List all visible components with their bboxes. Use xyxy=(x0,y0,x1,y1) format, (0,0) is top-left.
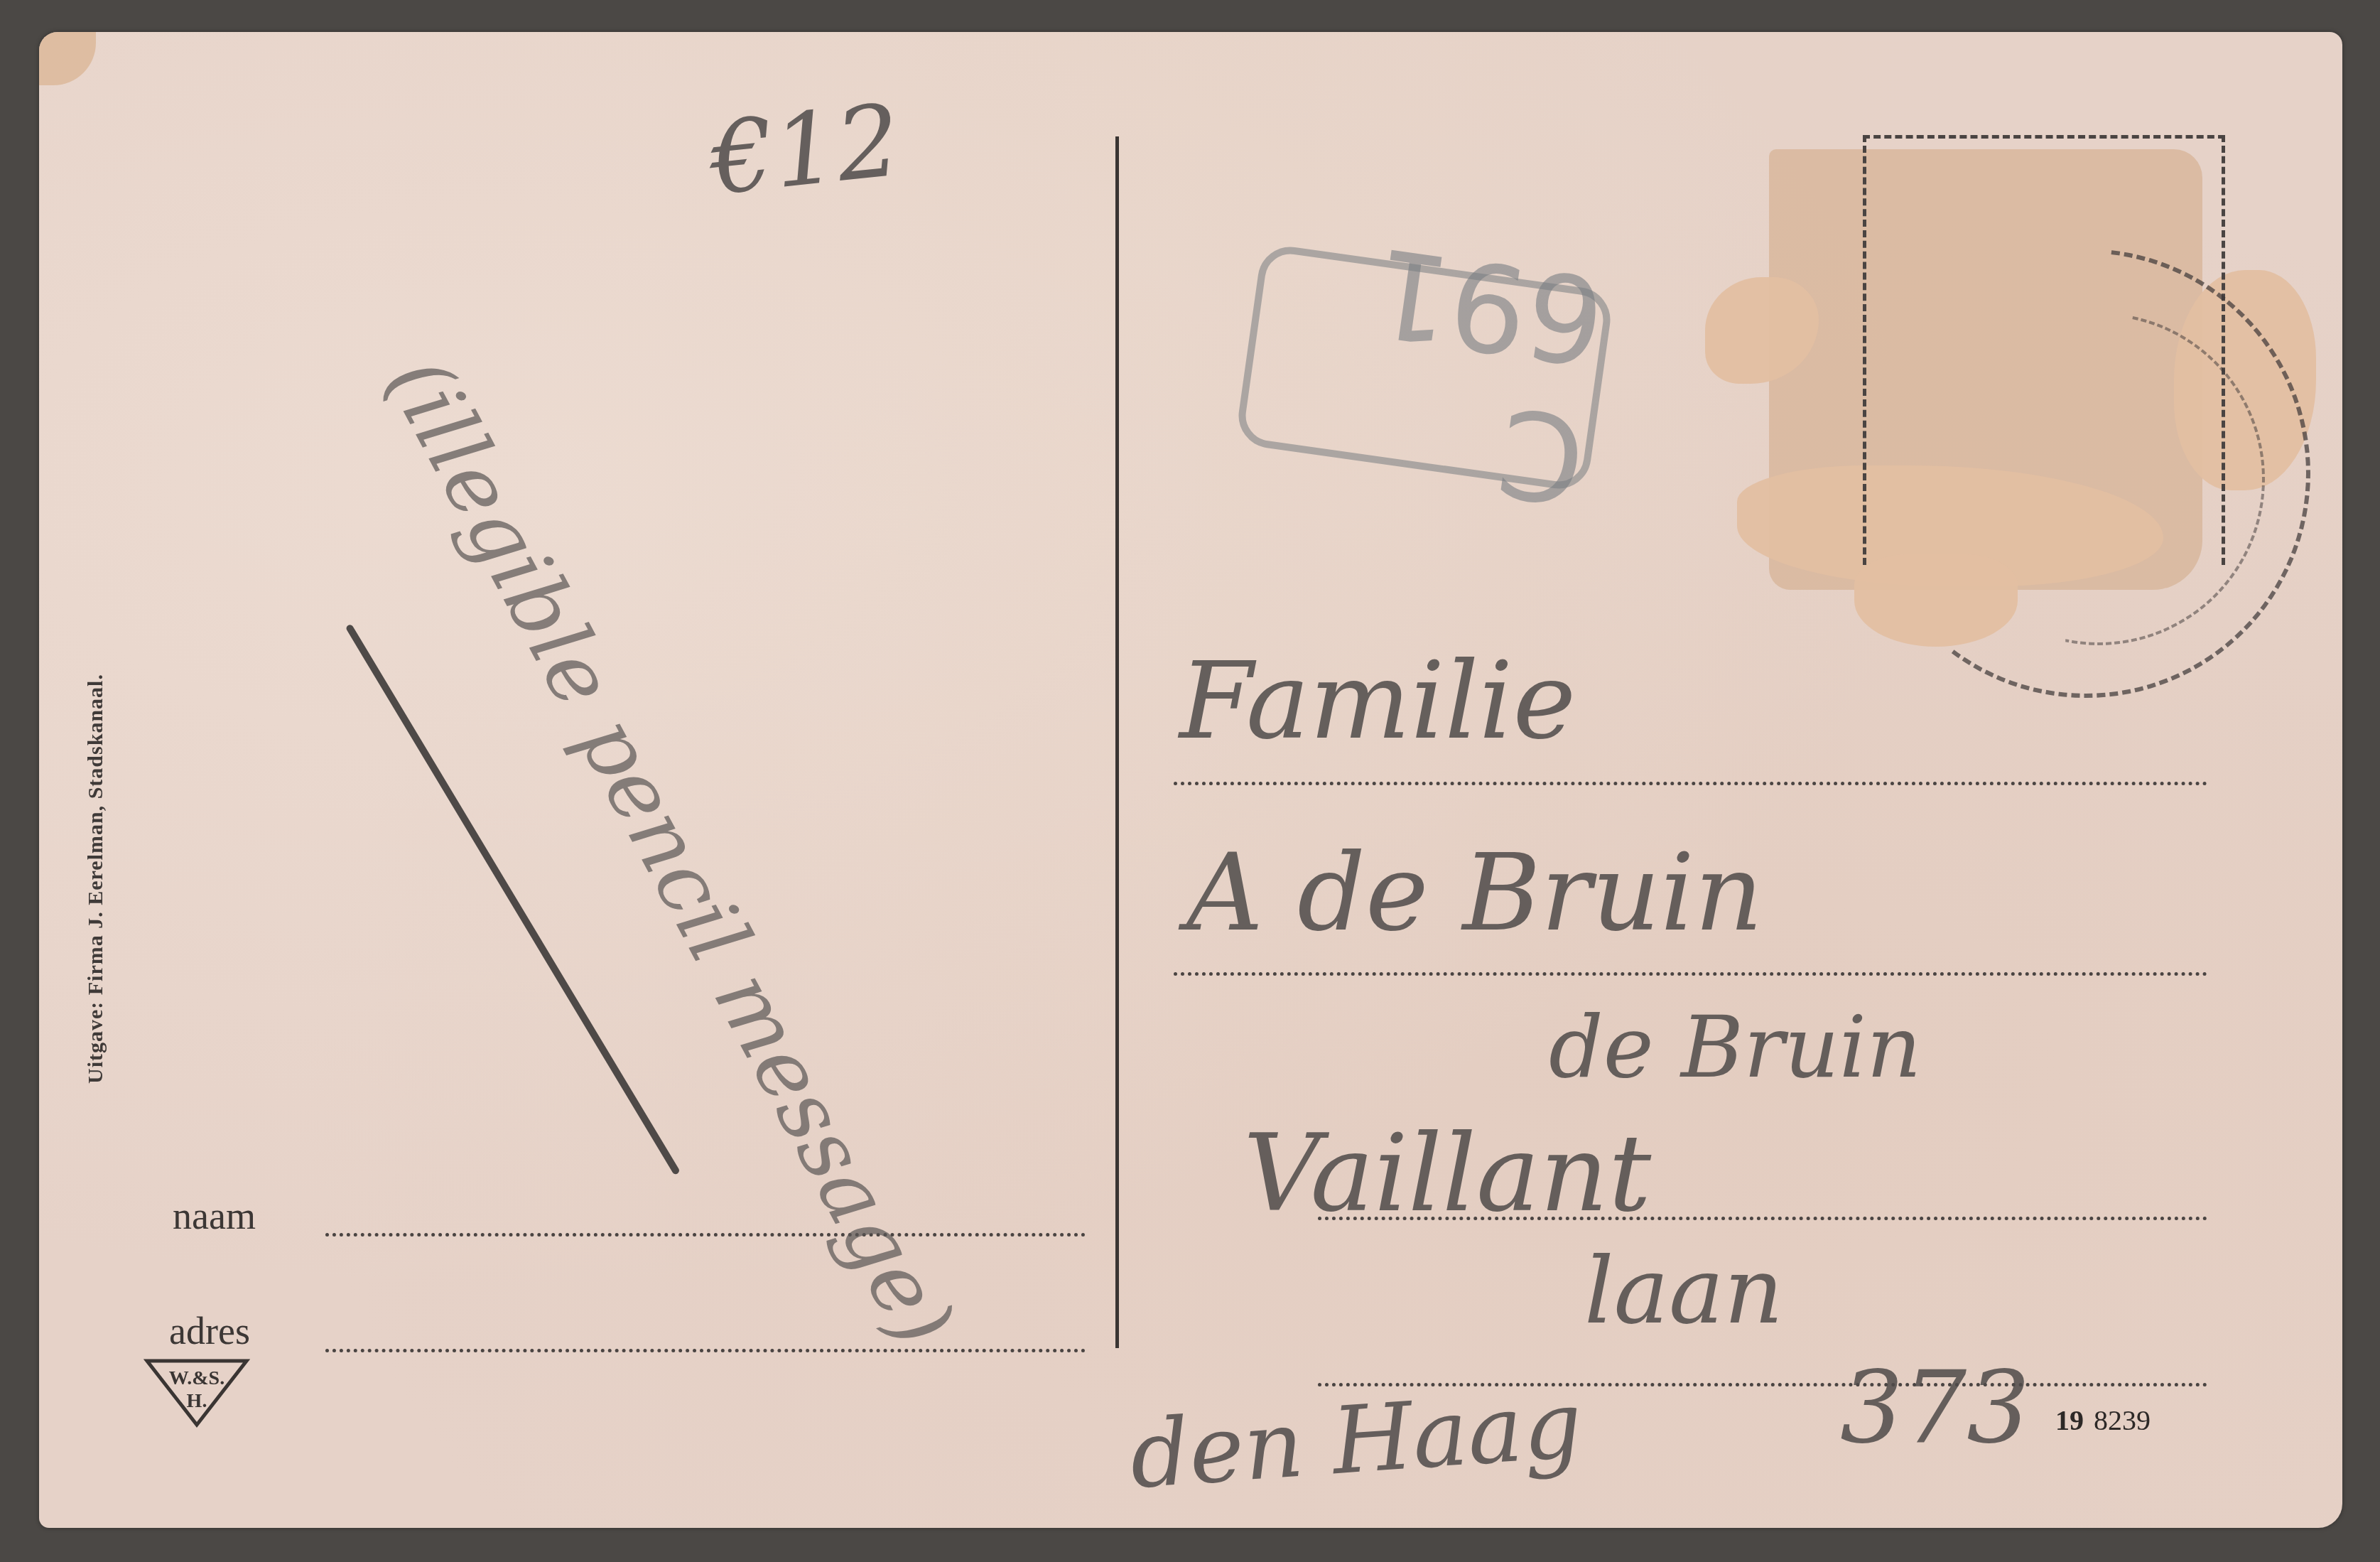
serial-value: 8239 xyxy=(2094,1404,2151,1436)
sender-address-line xyxy=(325,1349,1086,1352)
serial-prefix: 19 xyxy=(2055,1404,2084,1436)
address-line-1 xyxy=(1174,782,2207,785)
center-divider xyxy=(1115,136,1119,1348)
address-line-number: 373 xyxy=(1840,1350,2030,1466)
address-line-name-repeat: de Bruin xyxy=(1549,998,1921,1097)
publisher-imprint: Uitgave: Firma J. Eerelman, Stadskanaal. xyxy=(84,674,108,1084)
sender-name-line xyxy=(325,1233,1086,1237)
printer-logo-icon: W.&S. H. xyxy=(144,1357,250,1428)
sender-address-label: adres xyxy=(169,1309,250,1353)
address-line-street: Vaillant xyxy=(1243,1112,1651,1236)
address-line-name: A de Bruin xyxy=(1186,831,1763,955)
svg-text:H.: H. xyxy=(187,1390,207,1412)
svg-text:W.&S.: W.&S. xyxy=(169,1367,225,1389)
serial-number: 198239 xyxy=(2055,1404,2151,1437)
address-line-street-suffix: laan xyxy=(1584,1237,1783,1345)
pencil-price-note: €12 xyxy=(705,82,906,217)
sender-name-label: naam xyxy=(173,1194,256,1238)
address-line-familie: Familie xyxy=(1179,640,1576,763)
censor-mark: C 691 xyxy=(1235,243,1615,493)
address-line-2 xyxy=(1174,972,2207,976)
corner-wear xyxy=(39,32,96,85)
